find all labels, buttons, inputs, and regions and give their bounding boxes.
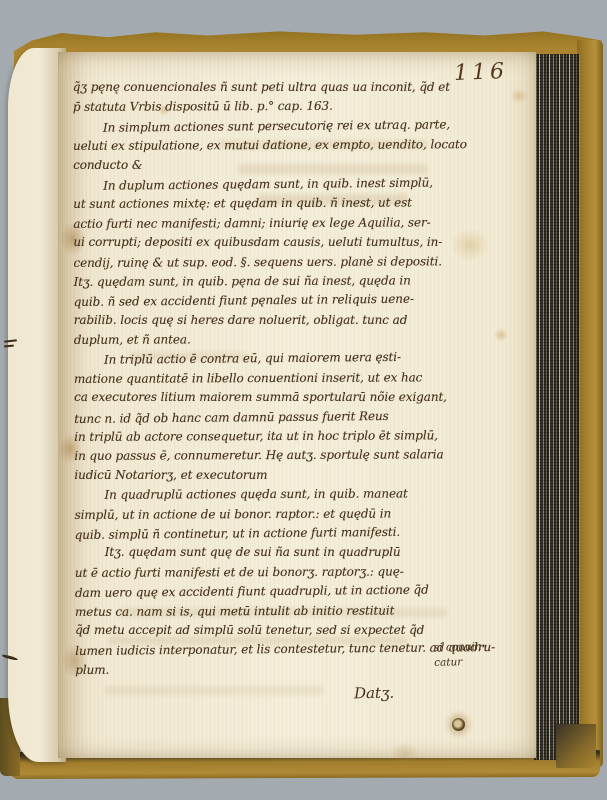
manuscript-line: In quadruplū actiones quęda sunt, in qui… <box>74 484 488 505</box>
manuscript-line: metus ca. nam si is, qui metū intulit ab… <box>75 601 489 622</box>
manuscript-line: quib. simplū ñ continetur, ut in actione… <box>75 522 489 545</box>
book-photo: 116 q̃ʒ pęnę conuencionales ñ sunt peti … <box>0 0 607 800</box>
manuscript-line: matione quantitatē in libello conuention… <box>74 368 488 389</box>
ink-mark <box>4 344 14 347</box>
manuscript-line: q̃ʒ pęnę conuencionales ñ sunt peti ultr… <box>73 78 487 97</box>
manuscript-line: in triplū ab actore consequetur, ita ut … <box>74 426 488 447</box>
manuscript-line: plum. <box>75 659 489 680</box>
manuscript-line: tunc n. id q̃d ob hanc cam damnū passus … <box>74 406 488 429</box>
page-edge-corner <box>556 724 596 768</box>
margin-note-line: catur <box>434 654 504 671</box>
manuscript-line: rabilib. locis quę si heres dare nolueri… <box>74 311 488 330</box>
manuscript-line: q̃d metu accepit ad simplū solū tenetur,… <box>75 621 489 640</box>
manuscript-text: q̃ʒ pęnę conuencionales ñ sunt peti ultr… <box>73 77 490 680</box>
catchword: Datʒ. <box>354 684 395 703</box>
manuscript-line: iudicū Notariorʒ, et executorum <box>74 466 488 485</box>
manuscript-line: cendij, ruinę & ut sup. eod. §. sequens … <box>73 252 487 273</box>
page-edge-stack <box>534 54 580 760</box>
manuscript-line: ut sunt actiones mixtę: et quędam in qui… <box>73 193 487 214</box>
ink-mark <box>2 654 18 661</box>
ink-mark <box>4 339 17 342</box>
manuscript-line: In duplum actiones quędam sunt, in quib.… <box>73 173 487 196</box>
manuscript-line: conducto & <box>73 156 487 175</box>
manuscript-line: ca executores litium maiorem summā sport… <box>74 388 488 407</box>
manuscript-line: quib. ñ sed ex accidenti fiunt pęnales u… <box>74 289 488 312</box>
wormhole <box>452 718 465 731</box>
manuscript-page: 116 q̃ʒ pęnę conuencionales ñ sunt peti … <box>58 52 536 758</box>
manuscript-line: actio furti nec manifesti; damni; iniuri… <box>73 213 487 234</box>
stain <box>494 328 508 342</box>
manuscript-line: Itʒ. quędam sunt quę de sui ña sunt in q… <box>75 543 489 562</box>
manuscript-line: In simplum actiones sunt persecutorię re… <box>73 115 487 138</box>
manuscript-line: in quo passus ē, connumeretur. Hę autʒ. … <box>74 446 488 467</box>
manuscript-line: p̄ statuta Vrbis dispositū ū lib. p.° ca… <box>73 96 487 117</box>
photo-background: { "photo": { "background_color": "#a4abb… <box>0 0 607 800</box>
manuscript-line: ueluti ex stipulatione, ex mutui datione… <box>73 135 487 156</box>
stain <box>510 88 528 104</box>
margin-note: si conuin-catur <box>434 639 505 671</box>
manuscript-line: ui corrupti; depositi ex quibusdam causi… <box>73 233 487 252</box>
ink-showthrough <box>104 686 324 695</box>
book-cover-right-edge <box>577 40 603 768</box>
